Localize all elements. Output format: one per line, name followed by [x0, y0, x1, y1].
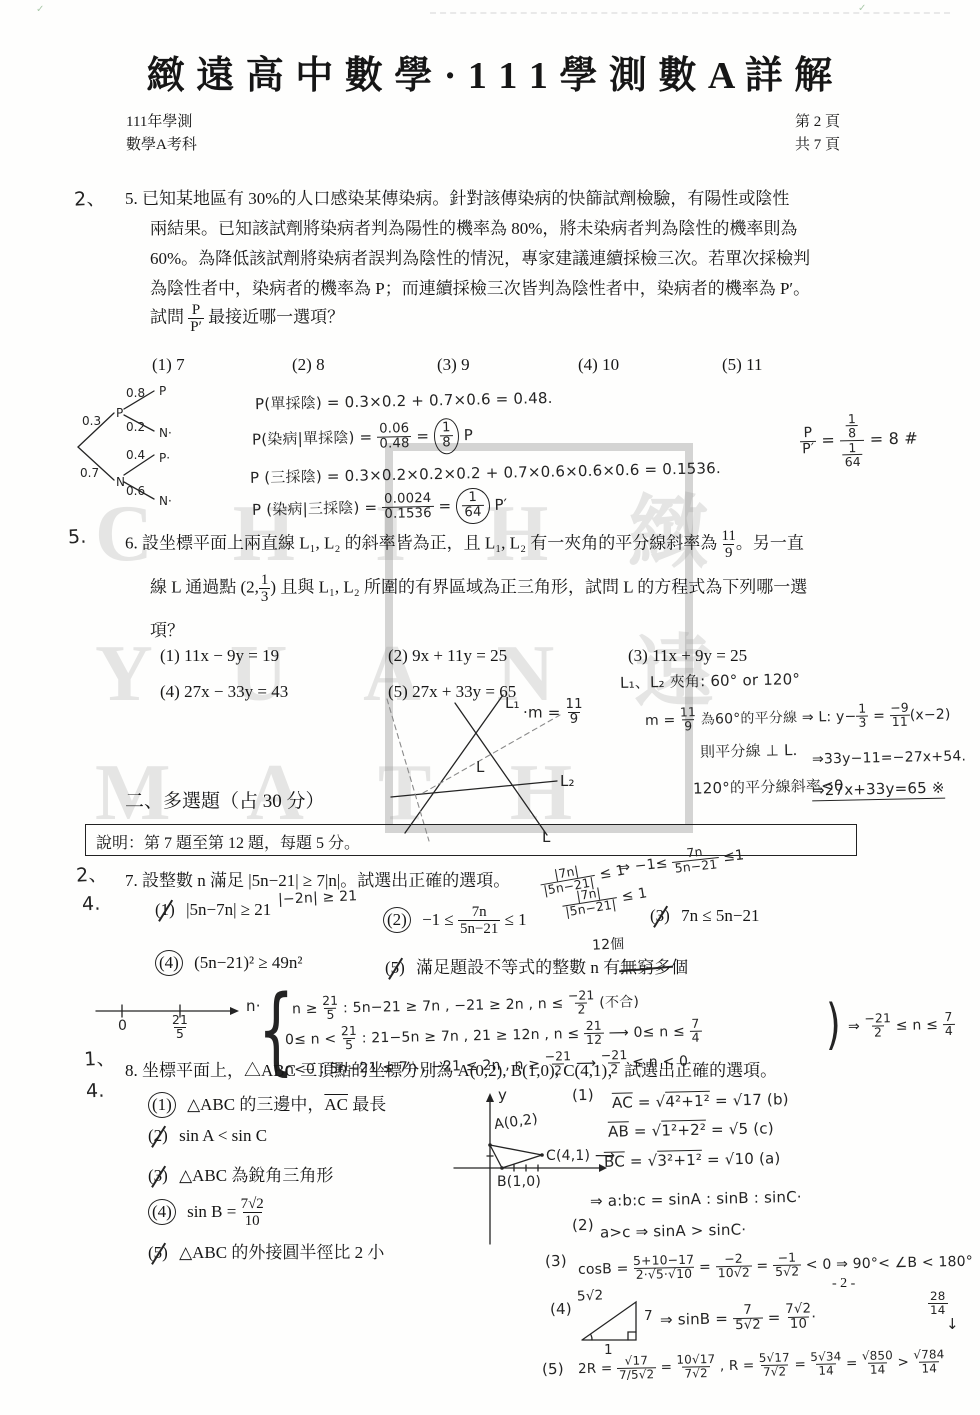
q6-margin-answer: 5.: [68, 526, 87, 549]
page-footer-number: - 2 -: [832, 1276, 855, 1292]
q6-work-line-4: ⇒33y−11=−27x+54.: [812, 748, 966, 767]
tree-node-n: N: [116, 475, 125, 489]
q7-case-1: n ≥ 215 : 5n−21 ≥ 7n , −21 ≥ 2n , n ≤ −2…: [292, 988, 640, 1023]
q8-option-3: (3) △ABC 為銳角三角形: [148, 1161, 333, 1186]
q8-sol-1-header: (1): [572, 1086, 594, 1104]
q7-option-2-text: −1 ≤ 7n5n−21 ≤ 1: [422, 910, 527, 929]
green-corner-mark-left: ✓: [36, 4, 44, 15]
q8-sol-2-header: (2): [572, 1216, 594, 1234]
doc-title: 緻 遠 高 中 數 學 · 1 1 1 學 測 數 A 詳 解: [0, 44, 980, 99]
tree-node-p: P: [116, 406, 123, 420]
q6-figure-label-l1: L₁: [505, 694, 520, 712]
q8-figure-label-y: y: [498, 1086, 507, 1104]
q5-line-1: 5. 已知某地區有 30%的人口感染某傳染病。針對該傳染病的快篩試劑檢驗，有陽性…: [125, 184, 789, 209]
q8-figure-label-b: B(1,0): [497, 1174, 541, 1190]
header-subject: 數學A考科: [126, 133, 197, 154]
q6-option-3: (3) 11x + 9y = 25: [628, 646, 747, 666]
q8-margin-answer-a: 1、: [83, 1043, 116, 1071]
q7-statement: 7. 設整數 n 滿足 |5n−21| ≥ 7|n|。試選出正確的選項。: [125, 866, 510, 891]
q8-option-4-text: sin B = 7√210: [187, 1202, 264, 1221]
q5-option-4: (4) 10: [578, 355, 619, 375]
q8-option-5-number: (5): [148, 1243, 168, 1263]
q8-option-3-number: (3): [148, 1166, 168, 1186]
q5-option-3: (3) 9: [437, 355, 470, 375]
tree-prob-08: 0.8: [126, 386, 145, 400]
q5-line-2: 兩結果。已知該試劑將染病者判為陽性的機率為 80%，將未染病者判為陰性的機率則為: [150, 214, 797, 239]
tree-prob-03: 0.3: [82, 414, 101, 428]
q8-option-4-number: (4): [148, 1199, 176, 1225]
q8-sol-2: a>c ⇒ sinA > sinC·: [600, 1220, 747, 1241]
header-page-number: 第 2 頁: [795, 110, 840, 131]
tree-leaf-n2: N·: [159, 494, 172, 508]
q8-sol-bc: BC = √3²+1² = √10 (a): [604, 1149, 781, 1171]
q7-option-1-number: (1): [155, 900, 175, 920]
q8-triangle-height-label: 7: [644, 1308, 653, 1324]
q7-option-3-text: 7n ≤ 5n−21: [681, 906, 759, 925]
q5-line-3: 60%。為降低該試劑將染病者誤判為陰性的情況，專家建議連續採檢三次。若單次採檢判: [150, 244, 810, 269]
q5-work-line-2: P(染病|單採陰) = 0.060.48 = 18 P: [252, 418, 474, 458]
q7-option-1-text: |5n−7n| ≥ 21: [186, 900, 271, 919]
q8-sol-3-header: (3): [545, 1252, 567, 1270]
q7-option-3: (3) 7n ≤ 5n−21: [650, 906, 760, 926]
q8-option-3-text: △ABC 為銳角三角形: [179, 1166, 333, 1185]
q6-figure-label-slope: ·m = 119: [523, 698, 583, 728]
q6-work-line-3: 則平分線 ⊥ L.: [700, 739, 798, 762]
tree-prob-04: 0.4: [126, 448, 145, 462]
q5-margin-answer: 2、: [73, 183, 106, 211]
green-corner-mark-right: ✓: [858, 3, 866, 14]
q5-option-5: (5) 11: [722, 355, 762, 375]
section-title: 二、多選題（占 30 分）: [125, 786, 325, 813]
q6-option-4: (4) 27x − 33y = 43: [160, 682, 288, 702]
tree-prob-07: 0.7: [80, 466, 99, 480]
q8-option-1-text: △ABC 的三邊中，AC 最長: [187, 1095, 386, 1114]
q7-result: ⇒ −212 ≤ n ≤ 74: [848, 1011, 955, 1041]
q6-line-1: 6. 設坐標平面上兩直線 L₁, L₂ 的斜率皆為正，且 L₁, L₂ 有一夾角…: [125, 528, 804, 561]
q8-margin-answer-b: 4.: [86, 1080, 105, 1103]
q7-number-line-zero: 0: [118, 1018, 127, 1034]
q8-option-2-text: sin A < sin C: [179, 1126, 267, 1145]
q7-number-line-tick: 215: [172, 1014, 188, 1042]
q8-sol-5-header: (5): [542, 1360, 564, 1378]
q6-figure-label-l2: L₂: [560, 772, 575, 790]
q7-option-5-number: (5): [385, 958, 405, 978]
q8-option-4: (4) sin B = 7√210: [148, 1196, 264, 1229]
header-page-total: 共 7 頁: [795, 133, 840, 154]
q7-option-2-number: (2): [383, 907, 411, 933]
q5-option-2: (2) 8: [292, 355, 325, 375]
q5-option-1: (1) 7: [152, 355, 185, 375]
q6-work-line-2: m = 119 為60°的平分線 ⇒ L: y−13 = −911(x−2): [645, 701, 951, 735]
q8-triangle-hyp-label: 5√2: [577, 1287, 604, 1304]
q7-option-1: (1) |5n−7n| ≥ 21: [155, 900, 271, 920]
q8-statement: 8. 坐標平面上，△ABC 三頂點的坐標分別為 A(0,2), B(1,0), …: [125, 1056, 777, 1081]
q6-option-1: (1) 11x − 9y = 19: [160, 646, 279, 666]
q7-option-4-number: (4): [155, 950, 183, 976]
q8-sol-3: cosB = 5+10−172·√5·√10 = −210√2 = −15√2 …: [578, 1248, 974, 1284]
q7-option-5-text: 滿足題設不等式的整數 n 有無窮多個: [416, 958, 688, 977]
q7-option-3-number: (3): [650, 906, 670, 926]
q8-option-5-text: △ABC 的外接圓半徑比 2 小: [179, 1243, 384, 1262]
q8-option-2: (2) sin A < sin C: [148, 1126, 267, 1146]
q7-option-2: (2) −1 ≤ 7n5n−21 ≤ 1: [383, 904, 527, 937]
q8-sol-4-header: (4): [550, 1300, 572, 1318]
q6-line-3: 項？: [150, 616, 184, 641]
tree-leaf-p1: P: [159, 384, 166, 398]
q8-sol-4-note: 2814: [928, 1290, 948, 1317]
tree-leaf-p2: P·: [159, 451, 170, 465]
q8-option-2-number: (2): [148, 1126, 168, 1146]
tree-prob-02: 0.2: [126, 420, 145, 434]
q8-sol-ab: AB = √1²+2² = √5 (c): [608, 1119, 774, 1140]
q7-option-4: (4) (5n−21)² ≥ 49n²: [155, 950, 303, 976]
tree-prob-06: 0.6: [126, 484, 145, 498]
q7-option-5: (5) 滿足題設不等式的整數 n 有無窮多個: [385, 953, 688, 978]
q6-figure-label-l-mid: L: [476, 758, 485, 776]
q8-sol-ac: AC = √4²+1² = √17 (b): [612, 1090, 789, 1112]
tree-leaf-n1: N·: [159, 426, 172, 440]
q5-probability-tree-figure: 0.3 0.7 P N 0.8 P 0.2 N· 0.4 P· 0.6 N·: [68, 383, 253, 513]
q8-sol-sine-law: ⇒ a:b:c = sinA : sinB : sinC·: [590, 1188, 802, 1210]
header-exam: 111年學測: [126, 110, 192, 131]
scanned-exam-page: ✓ ✓ C H I H 緻 Y U A N 遠 M A T H 緻 遠 高 中 …: [0, 0, 980, 1415]
scan-noise: [430, 12, 950, 14]
q8-option-5: (5) △ABC 的外接圓半徑比 2 小: [148, 1238, 384, 1263]
q6-line-2: 線 L 通過點 (2,13) 且與 L₁, L₂ 所圍的有界區域為正三角形，試問…: [150, 572, 807, 605]
q5-work-result: PP′ = 18164 = 8 #: [799, 411, 918, 470]
q5-line-4: 為陰性者中，染病者的機率為 P；而連續採檢三次皆判為陰性者中，染病者的機率為 P…: [150, 274, 810, 299]
q8-sol-5: 2R = √177∕5√2 = 10√177√2 , R = 5√177√2 =…: [578, 1348, 945, 1382]
q7-number-line-figure: [92, 1000, 242, 1022]
q8-sol-4: ⇒ sinB = 75√2 = 7√210·: [660, 1302, 817, 1335]
q7-option-4-text: (5n−21)² ≥ 49n²: [194, 953, 302, 972]
q5-work-line-4: P (染病|三採陰) = 0.00240.1536 = 164 P′: [252, 487, 508, 528]
q6-option-2: (2) 9x + 11y = 25: [388, 646, 507, 666]
q5-line-5: 試問 PP′ 最接近哪一選項？: [150, 302, 344, 335]
q7-option-1-note: |−2n| ≥ 21: [278, 888, 358, 907]
q5-work-line-1: P(單採陰) = 0.3×0.2 + 0.7×0.6 = 0.48.: [255, 387, 553, 414]
q7-option-5-note: 12個: [592, 933, 625, 954]
q7-margin-answer-b: 4.: [82, 893, 101, 916]
q6-work-line-1: L₁、L₂ 夾角: 60° or 120°: [620, 668, 801, 693]
q8-option-1: (1) △ABC 的三邊中，AC 最長: [148, 1090, 386, 1118]
q8-sol-4-note-arrow: ↓: [946, 1315, 959, 1333]
q6-work-result: ⇒27x+33y=65 ※: [812, 779, 945, 802]
q7-result-paren: ): [826, 998, 841, 1052]
q7-margin-answer-a: 2、: [75, 859, 108, 887]
q8-option-1-number: (1): [148, 1092, 176, 1118]
